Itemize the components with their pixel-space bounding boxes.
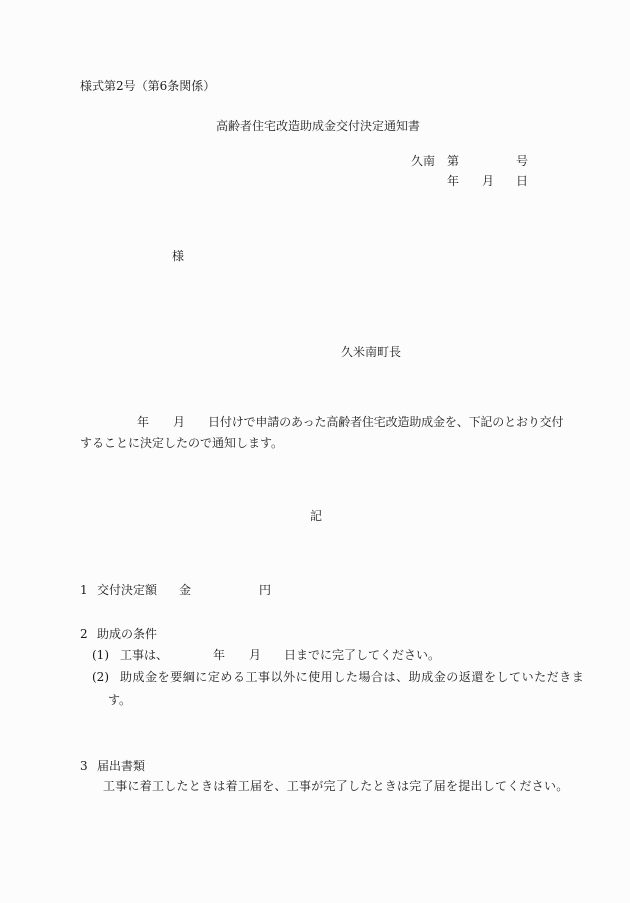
issuer: 久米南町長: [341, 345, 401, 359]
body-line2: することに決定したので通知します。: [80, 436, 283, 450]
condition-month: 月: [249, 648, 261, 662]
recipient-suffix: 様: [172, 249, 184, 263]
body-year: 年: [137, 415, 149, 429]
condition-number: (1): [92, 648, 109, 662]
ki-heading: 記: [310, 509, 322, 523]
condition-line1: 助成金を要綱に定める工事以外に使用した場合は、助成金の返還をしていただきま: [120, 670, 584, 684]
condition-prefix: 工事は、: [120, 648, 168, 662]
reference-dai: 第: [447, 154, 459, 168]
body-month: 月: [173, 415, 185, 429]
item-text: 工事に着工したときは着工届を、工事が完了したときは完了届を提出してください。: [103, 779, 569, 793]
item-number: 3: [80, 759, 88, 773]
kin-label: 金: [179, 583, 191, 597]
item-number: 1: [80, 583, 88, 597]
item-label: 助成の条件: [97, 627, 157, 641]
condition-line2: す。: [108, 693, 131, 707]
date-day: 日: [516, 174, 528, 188]
reference-prefix: 久南: [411, 154, 435, 168]
item-number: 2: [80, 627, 88, 641]
date-year: 年: [447, 174, 459, 188]
condition-rest: 日までに完了してください。: [284, 648, 440, 662]
item-label: 届出書類: [97, 759, 145, 773]
body-line1: 日付けで申請のあった高齢者住宅改造助成金を、下記のとおり交付: [208, 415, 563, 429]
condition-number: (2): [92, 670, 109, 684]
form-number: 様式第2号（第6条関係）: [80, 79, 215, 93]
item-label: 交付決定額: [97, 583, 157, 597]
reference-go: 号: [516, 154, 528, 168]
date-month: 月: [482, 174, 494, 188]
document-title: 高齢者住宅改造助成金交付決定通知書: [216, 119, 420, 133]
yen-label: 円: [259, 583, 271, 597]
condition-year: 年: [213, 648, 225, 662]
